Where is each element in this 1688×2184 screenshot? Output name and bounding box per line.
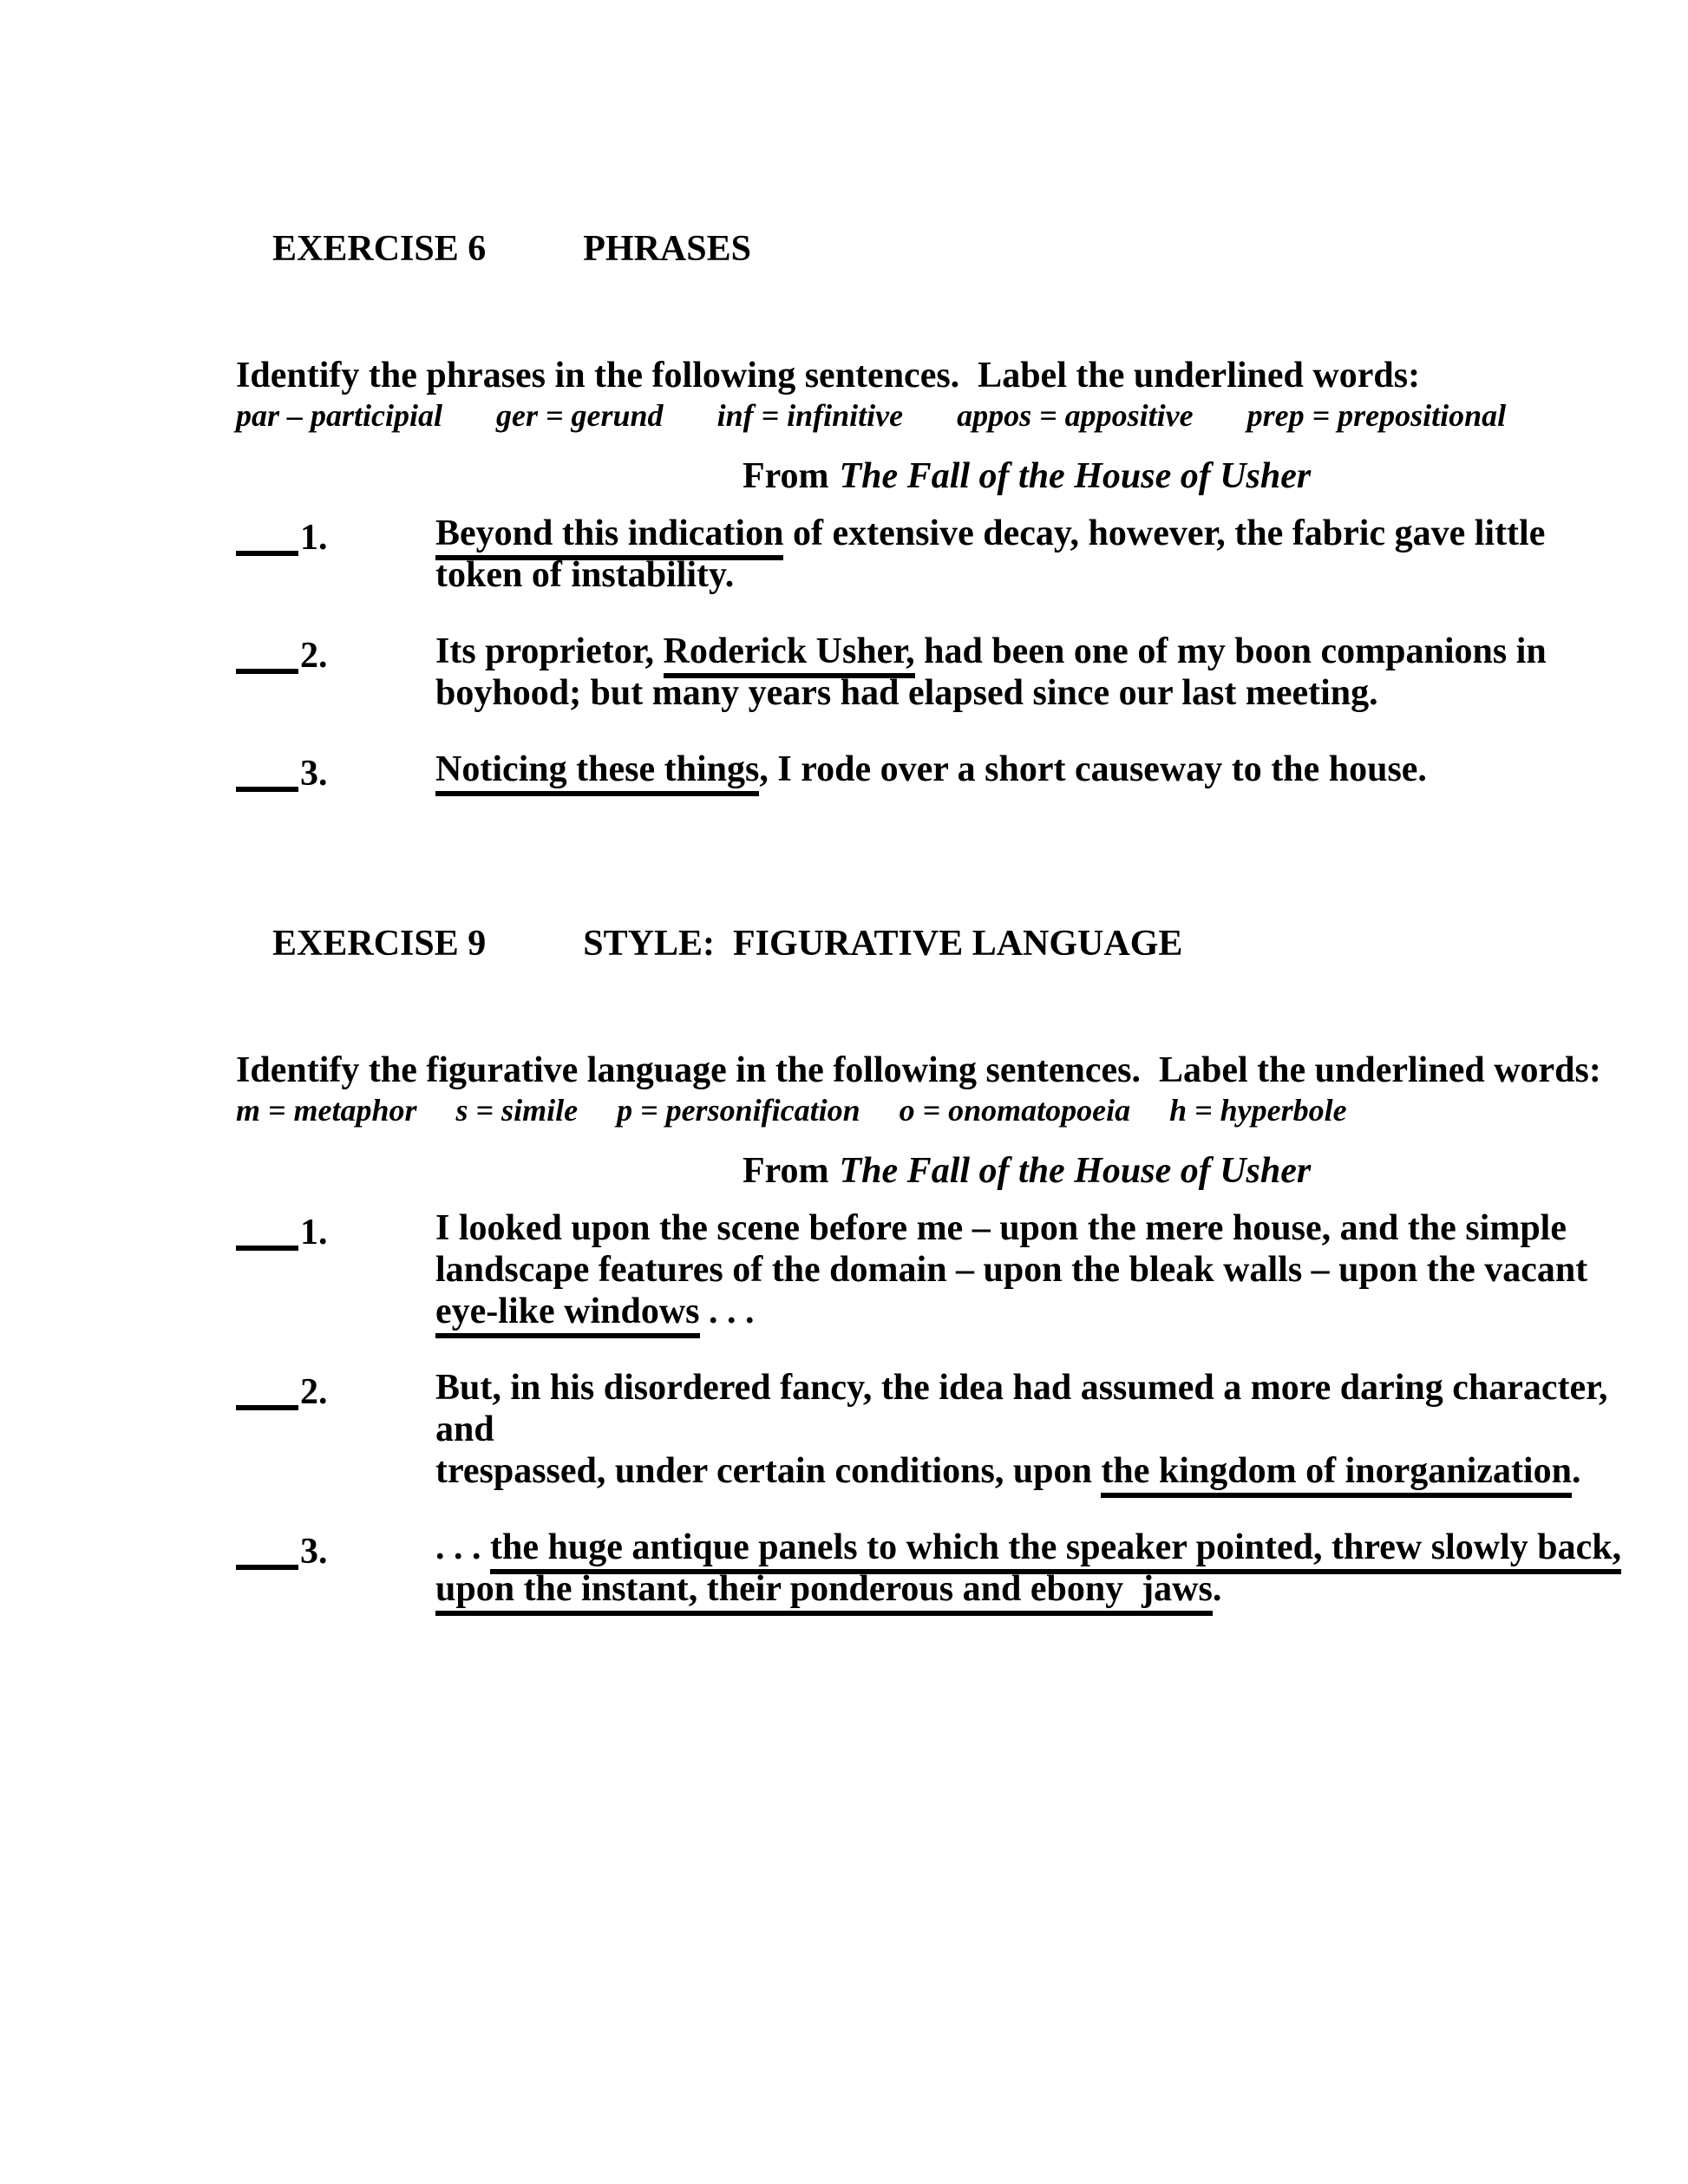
- text-line: Noticing these things, I rode over a sho…: [435, 749, 1427, 790]
- text-line: Beyond this indication of extensive deca…: [435, 513, 1545, 554]
- exercise-item: 1.Beyond this indication of extensive de…: [236, 513, 1636, 596]
- underlined-phrase: eye-like windows: [435, 1291, 700, 1338]
- exercise9-title: STYLE: FIGURATIVE LANGUAGE: [583, 924, 1182, 964]
- item-label: 3.: [236, 749, 435, 794]
- item-number: 3.: [300, 754, 328, 794]
- exercise6-abbreviation-key: par – participialger = gerundinf = infin…: [236, 396, 1636, 435]
- text-run: I looked upon the scene before me – upon…: [435, 1208, 1567, 1248]
- text-run: boyhood; but many years had elapsed sinc…: [435, 673, 1378, 713]
- item-text: I looked upon the scene before me – upon…: [435, 1207, 1587, 1332]
- text-run: trespassed, under certain conditions, up…: [435, 1451, 1101, 1491]
- item-label: 2.: [236, 1367, 435, 1492]
- exercise-item: 2.But, in his disordered fancy, the idea…: [236, 1367, 1636, 1492]
- item-number: 2.: [300, 636, 328, 676]
- answer-blank: [236, 1214, 298, 1251]
- underlined-phrase: Roderick Usher,: [664, 631, 915, 678]
- text-run: . . .: [435, 1527, 490, 1567]
- source-title: The Fall of the House of Usher: [840, 456, 1312, 496]
- worksheet-page: EXERCISE 6PHRASES Identify the phrases i…: [0, 0, 1688, 2184]
- exercise6-source-line: FromThe Fall of the House of Usher: [236, 455, 1636, 497]
- underlined-phrase: the kingdom of inorganization: [1101, 1451, 1572, 1498]
- item-label: 2.: [236, 631, 435, 714]
- exercise9-number: EXERCISE 9: [272, 923, 486, 964]
- text-run: had been one of my boon companions in: [915, 631, 1547, 671]
- text-line: trespassed, under certain conditions, up…: [435, 1450, 1636, 1492]
- exercise6-title: PHRASES: [583, 229, 751, 269]
- exercise9-heading: EXERCISE 9STYLE: FIGURATIVE LANGUAGE: [236, 881, 1636, 1006]
- abbreviation-entry: inf = infinitive: [717, 398, 904, 433]
- exercise-item: 1.I looked upon the scene before me – up…: [236, 1207, 1636, 1332]
- underlined-phrase: Beyond this indication: [435, 513, 783, 560]
- item-label: 1.: [236, 513, 435, 596]
- exercise6-number: EXERCISE 6: [272, 228, 486, 270]
- text-line: I looked upon the scene before me – upon…: [435, 1207, 1587, 1249]
- exercise9-instructions: Identify the figurative language in the …: [236, 1049, 1636, 1091]
- exercise9-source-line: FromThe Fall of the House of Usher: [236, 1150, 1636, 1192]
- item-text: . . . the huge antique panels to which t…: [435, 1527, 1621, 1610]
- answer-blank: [236, 520, 298, 556]
- exercise9-abbreviation-key: m = metaphors = similep = personificatio…: [236, 1091, 1636, 1129]
- source-prefix: From: [743, 1151, 829, 1191]
- text-run: .: [1572, 1451, 1581, 1491]
- exercise9-items: 1.I looked upon the scene before me – up…: [236, 1207, 1636, 1610]
- item-text: Its proprietor, Roderick Usher, had been…: [435, 631, 1547, 714]
- text-line: eye-like windows . . .: [435, 1291, 1587, 1332]
- item-label: 1.: [236, 1207, 435, 1332]
- item-text: But, in his disordered fancy, the idea h…: [435, 1367, 1636, 1492]
- item-number: 1.: [300, 1213, 328, 1252]
- underlined-phrase: Noticing these things: [435, 749, 759, 796]
- source-prefix: From: [743, 456, 829, 496]
- text-run: But, in his disordered fancy, the idea h…: [435, 1368, 1617, 1449]
- text-line: But, in his disordered fancy, the idea h…: [435, 1367, 1636, 1450]
- text-run: Its proprietor,: [435, 631, 664, 671]
- abbreviation-entry: h = hyperbole: [1169, 1093, 1347, 1128]
- exercise-item: 3.Noticing these things, I rode over a s…: [236, 749, 1636, 794]
- abbreviation-entry: appos = appositive: [957, 398, 1194, 433]
- text-run: . . .: [700, 1291, 755, 1331]
- text-line: boyhood; but many years had elapsed sinc…: [435, 672, 1547, 714]
- exercise6-instructions: Identify the phrases in the following se…: [236, 355, 1636, 396]
- underlined-phrase: the huge antique panels to which the spe…: [490, 1527, 1621, 1574]
- text-run: .: [1213, 1569, 1222, 1609]
- underlined-phrase: upon the instant, their ponderous and eb…: [435, 1569, 1213, 1616]
- abbreviation-entry: p = personification: [617, 1093, 860, 1128]
- item-number: 1.: [300, 518, 328, 558]
- answer-blank: [236, 1374, 298, 1410]
- item-number: 3.: [300, 1532, 328, 1572]
- exercise-item: 2.Its proprietor, Roderick Usher, had be…: [236, 631, 1636, 714]
- abbreviation-entry: prep = prepositional: [1247, 398, 1507, 433]
- item-number: 2.: [300, 1372, 328, 1412]
- answer-blank: [236, 1533, 298, 1570]
- item-text: Noticing these things, I rode over a sho…: [435, 749, 1427, 794]
- abbreviation-entry: m = metaphor: [236, 1093, 417, 1128]
- source-title: The Fall of the House of Usher: [840, 1151, 1312, 1191]
- exercise-item: 3.. . . the huge antique panels to which…: [236, 1527, 1636, 1610]
- text-run: landscape features of the domain – upon …: [435, 1250, 1587, 1290]
- answer-blank: [236, 638, 298, 674]
- abbreviation-entry: ger = gerund: [496, 398, 664, 433]
- item-label: 3.: [236, 1527, 435, 1610]
- text-run: , I rode over a short causeway to the ho…: [759, 749, 1427, 789]
- text-run: of extensive decay, however, the fabric …: [783, 513, 1545, 553]
- abbreviation-entry: par – participial: [236, 398, 442, 433]
- text-line: upon the instant, their ponderous and eb…: [435, 1568, 1621, 1610]
- text-run: token of instability.: [435, 555, 734, 595]
- abbreviation-entry: o = onomatopoeia: [900, 1093, 1131, 1128]
- item-text: Beyond this indication of extensive deca…: [435, 513, 1545, 596]
- abbreviation-entry: s = simile: [456, 1093, 579, 1128]
- text-line: Its proprietor, Roderick Usher, had been…: [435, 631, 1547, 672]
- text-line: . . . the huge antique panels to which t…: [435, 1527, 1621, 1568]
- exercise6-heading: EXERCISE 6PHRASES: [236, 186, 1636, 311]
- exercise6-items: 1.Beyond this indication of extensive de…: [236, 513, 1636, 794]
- answer-blank: [236, 755, 298, 792]
- text-line: token of instability.: [435, 554, 1545, 596]
- text-line: landscape features of the domain – upon …: [435, 1249, 1587, 1291]
